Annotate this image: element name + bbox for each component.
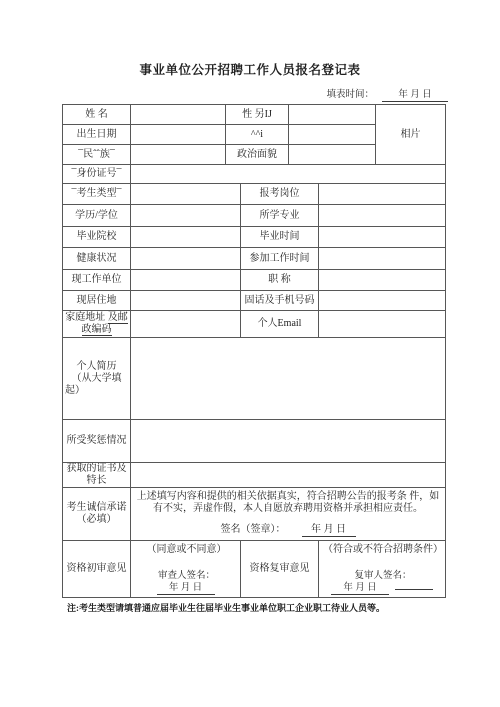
second-review-content: （符合或不符合招聘条件） 复审人签名： 年 月 日 — [319, 541, 446, 598]
current-employer-label: 现工作单位 — [63, 270, 131, 291]
certificates-label: 获取的证书及特长 — [63, 463, 131, 488]
initial-review-label: 资格初审意见 — [63, 541, 131, 598]
row-review-opinions: 资格初审意见 （同意或不同意） 审查人签名： 年 月 日 资格复审意见 （符合或… — [63, 541, 446, 598]
row-education: 学历/学位 所学专业 — [63, 205, 446, 227]
row-employer: 现工作单位 职 称 — [63, 270, 446, 291]
registration-form-table: 姓 名 性 另IJ 相片 出生日期 ^^i ¯民ˆˆ族¯ 政治面貌 ¯身份证号¯… — [62, 104, 446, 598]
name-value-cell — [131, 105, 226, 125]
resume-label: 个人简历（从大学填起） — [63, 338, 131, 420]
row-awards: 所受奖惩情况 — [63, 420, 446, 463]
ethnicity-value-cell — [131, 145, 226, 165]
row-candidate-type: ¯考生类型¯ 报考岗位 — [63, 184, 446, 205]
initial-reviewer-sign-label: 审查人签名： — [135, 571, 238, 582]
home-address-label: 家庭地址 及邮政编码 — [63, 311, 131, 338]
promise-text-line1: 上述填写内容和提供的相关依据真实，符合招聘公告的报考条 件，如 — [133, 491, 443, 503]
political-status-value-cell — [289, 145, 376, 165]
id-number-value-cell — [131, 165, 446, 184]
current-residence-value-cell — [131, 291, 241, 311]
footnote: 注:考生类型请填普通应届毕业生往届毕业生事业单位职工企业职工待业人员等。 — [67, 601, 467, 614]
row-certificates: 获取的证书及特长 — [63, 463, 446, 488]
current-employer-value-cell — [131, 270, 241, 291]
promise-text-line2: 有不实，弄虚作假，本人自愿放弃聘用资格并承担相应责任。 — [133, 503, 443, 515]
initial-review-hint: （同意或不同意） — [135, 544, 238, 556]
page-title: 事业单位公开招聘工作人员报名登记表 — [0, 60, 500, 78]
promise-sign-line: 签名（签章）：年 月 日 — [133, 524, 443, 537]
second-review-dateline: 年 月 日 — [321, 583, 443, 595]
row-integrity-promise: 考生诚信承诺（必填） 上述填写内容和提供的相关依据真实，符合招聘公告的报考条 件… — [63, 488, 446, 541]
row-health: 健康状况 参加工作时间 — [63, 248, 446, 270]
row-name-gender: 姓 名 性 另IJ 相片 — [63, 105, 446, 125]
fill-time-line: 填表时间：年 月 日 — [0, 86, 448, 102]
email-label: 个人Email — [241, 311, 319, 338]
photo-cell: 相片 — [376, 105, 446, 165]
phone-numbers-label: 固话及手机号码 — [241, 291, 319, 311]
birth-garble-text: ^^i — [226, 125, 289, 145]
health-status-label: 健康状况 — [63, 248, 131, 270]
graduation-time-label: 毕业时间 — [241, 227, 319, 248]
sign-date-blank: 年 月 日 — [302, 524, 356, 537]
row-school: 毕业院校 毕业时间 — [63, 227, 446, 248]
resume-content-cell — [131, 338, 446, 420]
candidate-type-label: ¯考生类型¯ — [63, 184, 131, 205]
gender-label: 性 另IJ — [226, 105, 289, 125]
home-address-value-cell — [131, 311, 241, 338]
row-residence: 现居住地 固话及手机号码 — [63, 291, 446, 311]
gender-value-cell — [289, 105, 376, 125]
education-degree-value-cell — [131, 205, 241, 227]
email-value-cell — [319, 311, 446, 338]
name-label: 姓 名 — [63, 105, 131, 125]
current-residence-label: 现居住地 — [63, 291, 131, 311]
candidate-type-value-cell — [131, 184, 241, 205]
applied-position-label: 报考岗位 — [241, 184, 319, 205]
document-page: 事业单位公开招聘工作人员报名登记表 填表时间：年 月 日 姓 名 性 另IJ 相… — [0, 0, 500, 707]
graduate-school-value-cell — [131, 227, 241, 248]
graduate-school-label: 毕业院校 — [63, 227, 131, 248]
work-start-time-label: 参加工作时间 — [241, 248, 319, 270]
row-address-email: 家庭地址 及邮政编码 个人Email — [63, 311, 446, 338]
sign-label: 签名（签章）： — [221, 524, 286, 535]
second-review-label: 资格复审意见 — [241, 541, 319, 598]
integrity-promise-label: 考生诚信承诺（必填） — [63, 488, 131, 541]
fill-time-label: 填表时间： — [326, 90, 374, 100]
certificates-content-cell — [131, 463, 446, 488]
initial-review-dateline: 年 月 日 — [133, 583, 238, 595]
birth-extra-value-cell — [289, 125, 376, 145]
row-resume: 个人简历（从大学填起） — [63, 338, 446, 420]
job-title-value-cell — [319, 270, 446, 291]
ethnicity-label: ¯民ˆˆ族¯ — [63, 145, 131, 165]
second-review-blank-line — [395, 589, 433, 590]
work-start-time-value-cell — [319, 248, 446, 270]
initial-review-content: （同意或不同意） 审查人签名： 年 月 日 — [131, 541, 241, 598]
phone-numbers-value-cell — [319, 291, 446, 311]
birth-date-label: 出生日期 — [63, 125, 131, 145]
political-status-label: 政治面貌 — [226, 145, 289, 165]
second-review-hint: （符合或不符合招聘条件） — [323, 544, 443, 556]
major-label: 所学专业 — [241, 205, 319, 227]
job-title-label: 职 称 — [241, 270, 319, 291]
graduation-time-value-cell — [319, 227, 446, 248]
health-status-value-cell — [131, 248, 241, 270]
applied-position-value-cell — [319, 184, 446, 205]
birth-date-value-cell — [131, 125, 226, 145]
awards-label: 所受奖惩情况 — [63, 420, 131, 463]
row-id-number: ¯身份证号¯ — [63, 165, 446, 184]
integrity-promise-content: 上述填写内容和提供的相关依据真实，符合招聘公告的报考条 件，如 有不实，弄虚作假… — [131, 488, 446, 541]
id-number-label: ¯身份证号¯ — [63, 165, 131, 184]
awards-content-cell — [131, 420, 446, 463]
education-degree-label: 学历/学位 — [63, 205, 131, 227]
fill-time-date-blank: 年 月 日 — [382, 86, 448, 102]
second-reviewer-sign-label: 复审人签名： — [323, 571, 443, 582]
major-value-cell — [319, 205, 446, 227]
